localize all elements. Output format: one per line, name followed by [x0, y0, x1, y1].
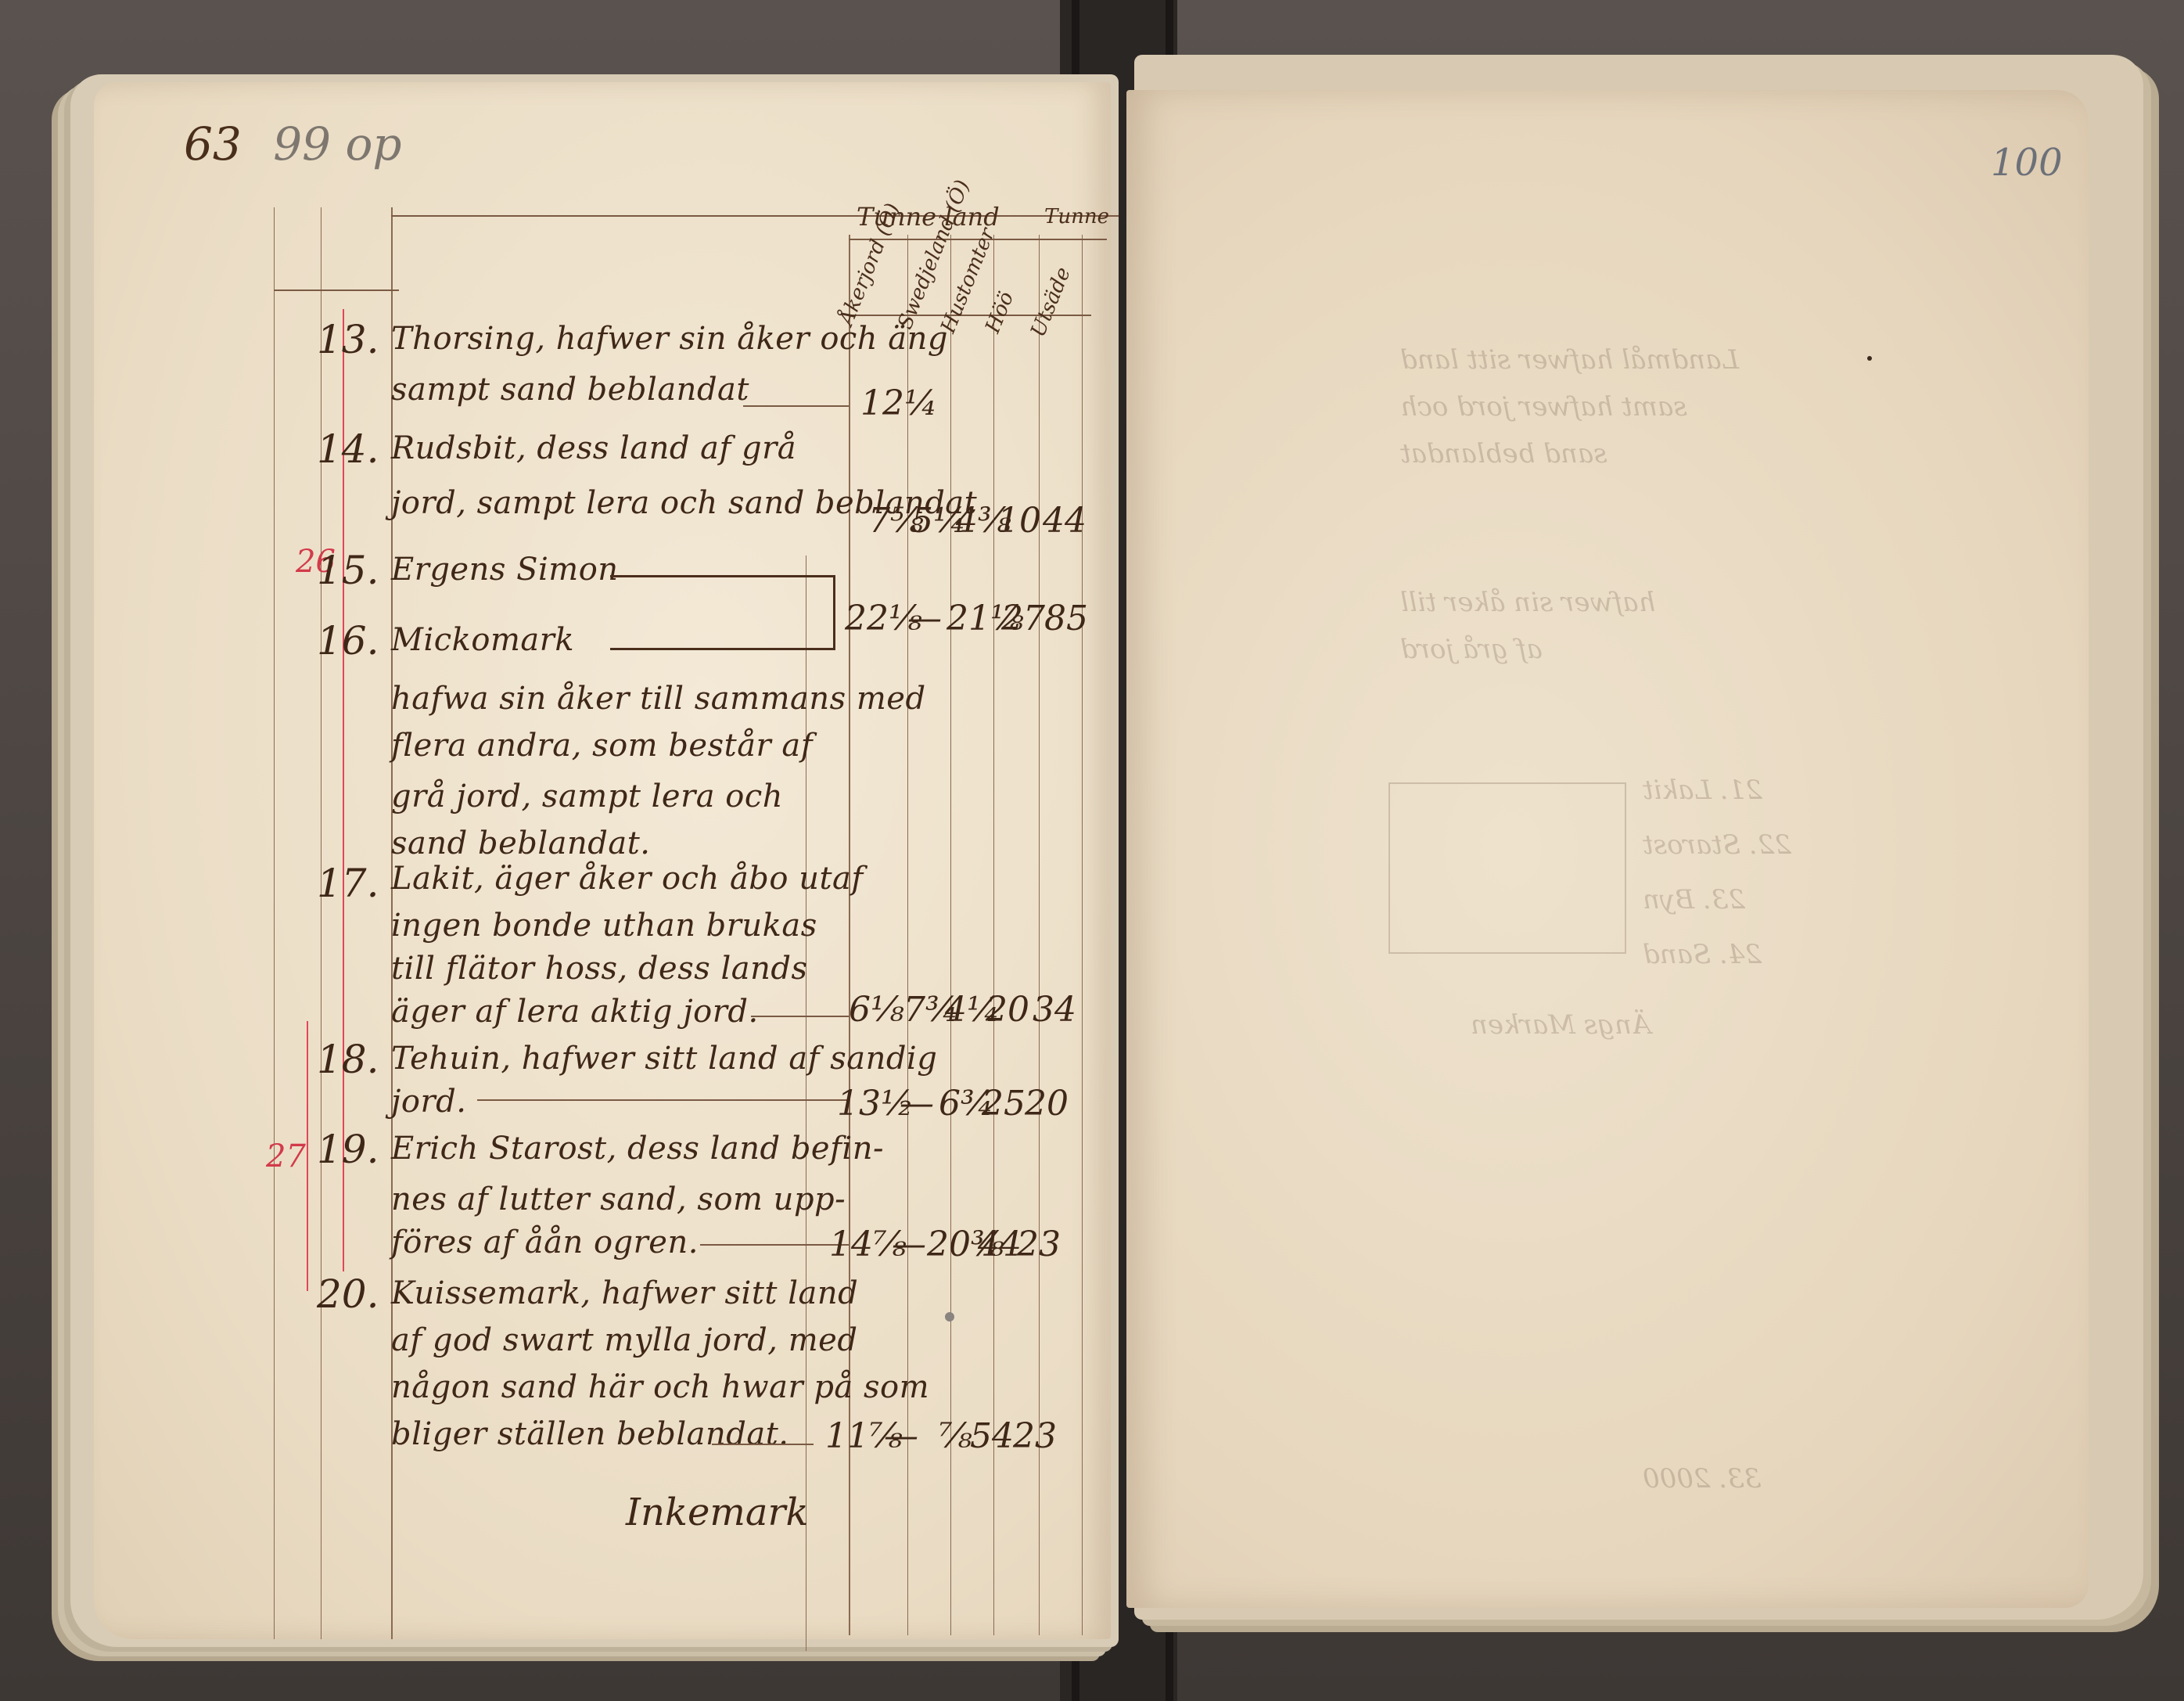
entry-text-line: Erich Starost, dess land befin-: [391, 1131, 884, 1167]
entry-number: 16.: [317, 618, 379, 663]
folio-pencil-number: 99 op: [273, 117, 401, 171]
entry-text-line: grå jord, sampt lera och: [391, 779, 783, 815]
entry-text-line: hafwa sin åker till sammans med: [391, 681, 926, 717]
entry-number: 18.: [317, 1037, 379, 1082]
bleed-through-text: 23. Byn: [1643, 884, 1745, 915]
bleed-through-text: 22. Starost: [1643, 829, 1791, 861]
entry-text-line: Rudsbit, dess land af grå: [391, 430, 796, 466]
bleed-through-text: Ängs Marken: [1471, 1009, 1651, 1041]
entry-number: 13.: [317, 317, 379, 362]
entry-text-line: Ergens Simon: [391, 552, 619, 588]
entry-text-line: sampt sand beblandat: [391, 372, 749, 408]
entry-text-line: Mickomark: [391, 622, 574, 658]
bleed-through-text: 24. Sand: [1643, 939, 1762, 970]
entry-text-line: jord.: [391, 1084, 466, 1120]
value-cell: 23: [1013, 1416, 1057, 1456]
text-column-rule: [806, 556, 806, 1651]
entry-text-line: sand beblandat.: [391, 825, 650, 861]
header-group-tunne: Tunne: [1044, 205, 1109, 228]
value-cell: 34: [1033, 990, 1076, 1030]
bleed-through-text: Landmål hafwer sitt land: [1400, 344, 1739, 376]
value-cell: 6⅛: [849, 990, 904, 1030]
margin-rule: [274, 207, 275, 1639]
bleed-through-text: sand beblandat: [1400, 438, 1607, 469]
value-cell: —: [892, 1225, 926, 1264]
value-cell: 44: [1043, 501, 1087, 541]
entry-leader-line: [712, 1444, 814, 1445]
bleed-through-text: 33. 2000: [1643, 1463, 1761, 1494]
value-cell: 23: [1017, 1225, 1061, 1264]
signature: Inkemark: [626, 1491, 809, 1534]
margin-rule: [321, 207, 321, 1639]
header-rule: [274, 289, 399, 291]
entry-leader-line: [700, 1244, 849, 1246]
entry-text-line: flera andra, som består af: [391, 728, 813, 764]
entry-number: 19.: [317, 1127, 379, 1172]
entry-leader-line: [477, 1099, 849, 1101]
bleed-through-text: samt hafwer jord och: [1400, 391, 1687, 423]
ink-spot: [1867, 356, 1872, 361]
value-cell: ⅞: [939, 1416, 972, 1456]
entry-text-line: föres af åån ogren.: [391, 1225, 699, 1260]
entry-number: 14.: [317, 426, 379, 472]
value-cell: —: [900, 1084, 934, 1124]
entry-text-line: Tehuin, hafwer sitt land af sandig: [391, 1041, 937, 1077]
bleed-through-text: hafwer sin åker till: [1400, 587, 1655, 618]
value-cell: 20: [1025, 1084, 1069, 1124]
value-cell: 12¼: [860, 383, 938, 423]
left-folio: 63 99 op: [184, 117, 402, 171]
value-cell: 85: [1044, 599, 1088, 638]
bleed-through-text: 21. Lakit: [1643, 775, 1762, 806]
entry-text-line: bliger ställen beblandat.: [391, 1416, 789, 1452]
entry-text-line: Kuissemark, hafwer sitt land: [391, 1275, 858, 1311]
folio-ink-number: 63: [184, 117, 242, 171]
entry-leader-line: [743, 405, 849, 407]
bleed-through-text: af grå jord: [1400, 634, 1543, 665]
red-bracket-line: [307, 1021, 308, 1291]
value-cell: 25: [982, 1084, 1026, 1124]
bleed-through-bracket: [1388, 782, 1626, 954]
bracket-15-16: [610, 575, 835, 650]
entry-text-line: ingen bonde uthan brukas: [391, 908, 817, 944]
value-cell: 20: [986, 990, 1029, 1030]
entry-text-line: af god swart mylla jord, med: [391, 1322, 857, 1358]
entry-text-line: Thorsing, hafwer sin åker och äng: [391, 321, 948, 357]
entry-text-line: till flätor hoss, dess lands: [391, 951, 808, 987]
entry-number: 15.: [317, 548, 379, 593]
value-cell: 54: [970, 1416, 1014, 1456]
value-cell: —: [907, 599, 942, 638]
header-top-rule: [391, 215, 1119, 217]
entry-text-line: äger af lera aktig jord.: [391, 994, 759, 1030]
value-cell: —: [884, 1416, 918, 1456]
entry-text-line: någon sand här och hwar på som: [391, 1369, 929, 1405]
entry-number: 20.: [317, 1271, 379, 1317]
entry-text-line: nes af lutter sand, som upp-: [391, 1181, 846, 1217]
right-folio: 100: [1991, 141, 2063, 185]
entry-number: 17.: [317, 861, 379, 906]
entry-leader-line: [751, 1016, 849, 1017]
red-margin-note-27: 27: [266, 1138, 306, 1174]
entry-text-line: Lakit, äger åker och åbo utaf: [391, 861, 864, 897]
value-cell: 44: [978, 1225, 1022, 1264]
value-column-rule: [1082, 235, 1083, 1635]
ink-spot: [945, 1312, 954, 1322]
value-cell: 10: [997, 501, 1041, 541]
value-cell: 27: [1001, 599, 1045, 638]
